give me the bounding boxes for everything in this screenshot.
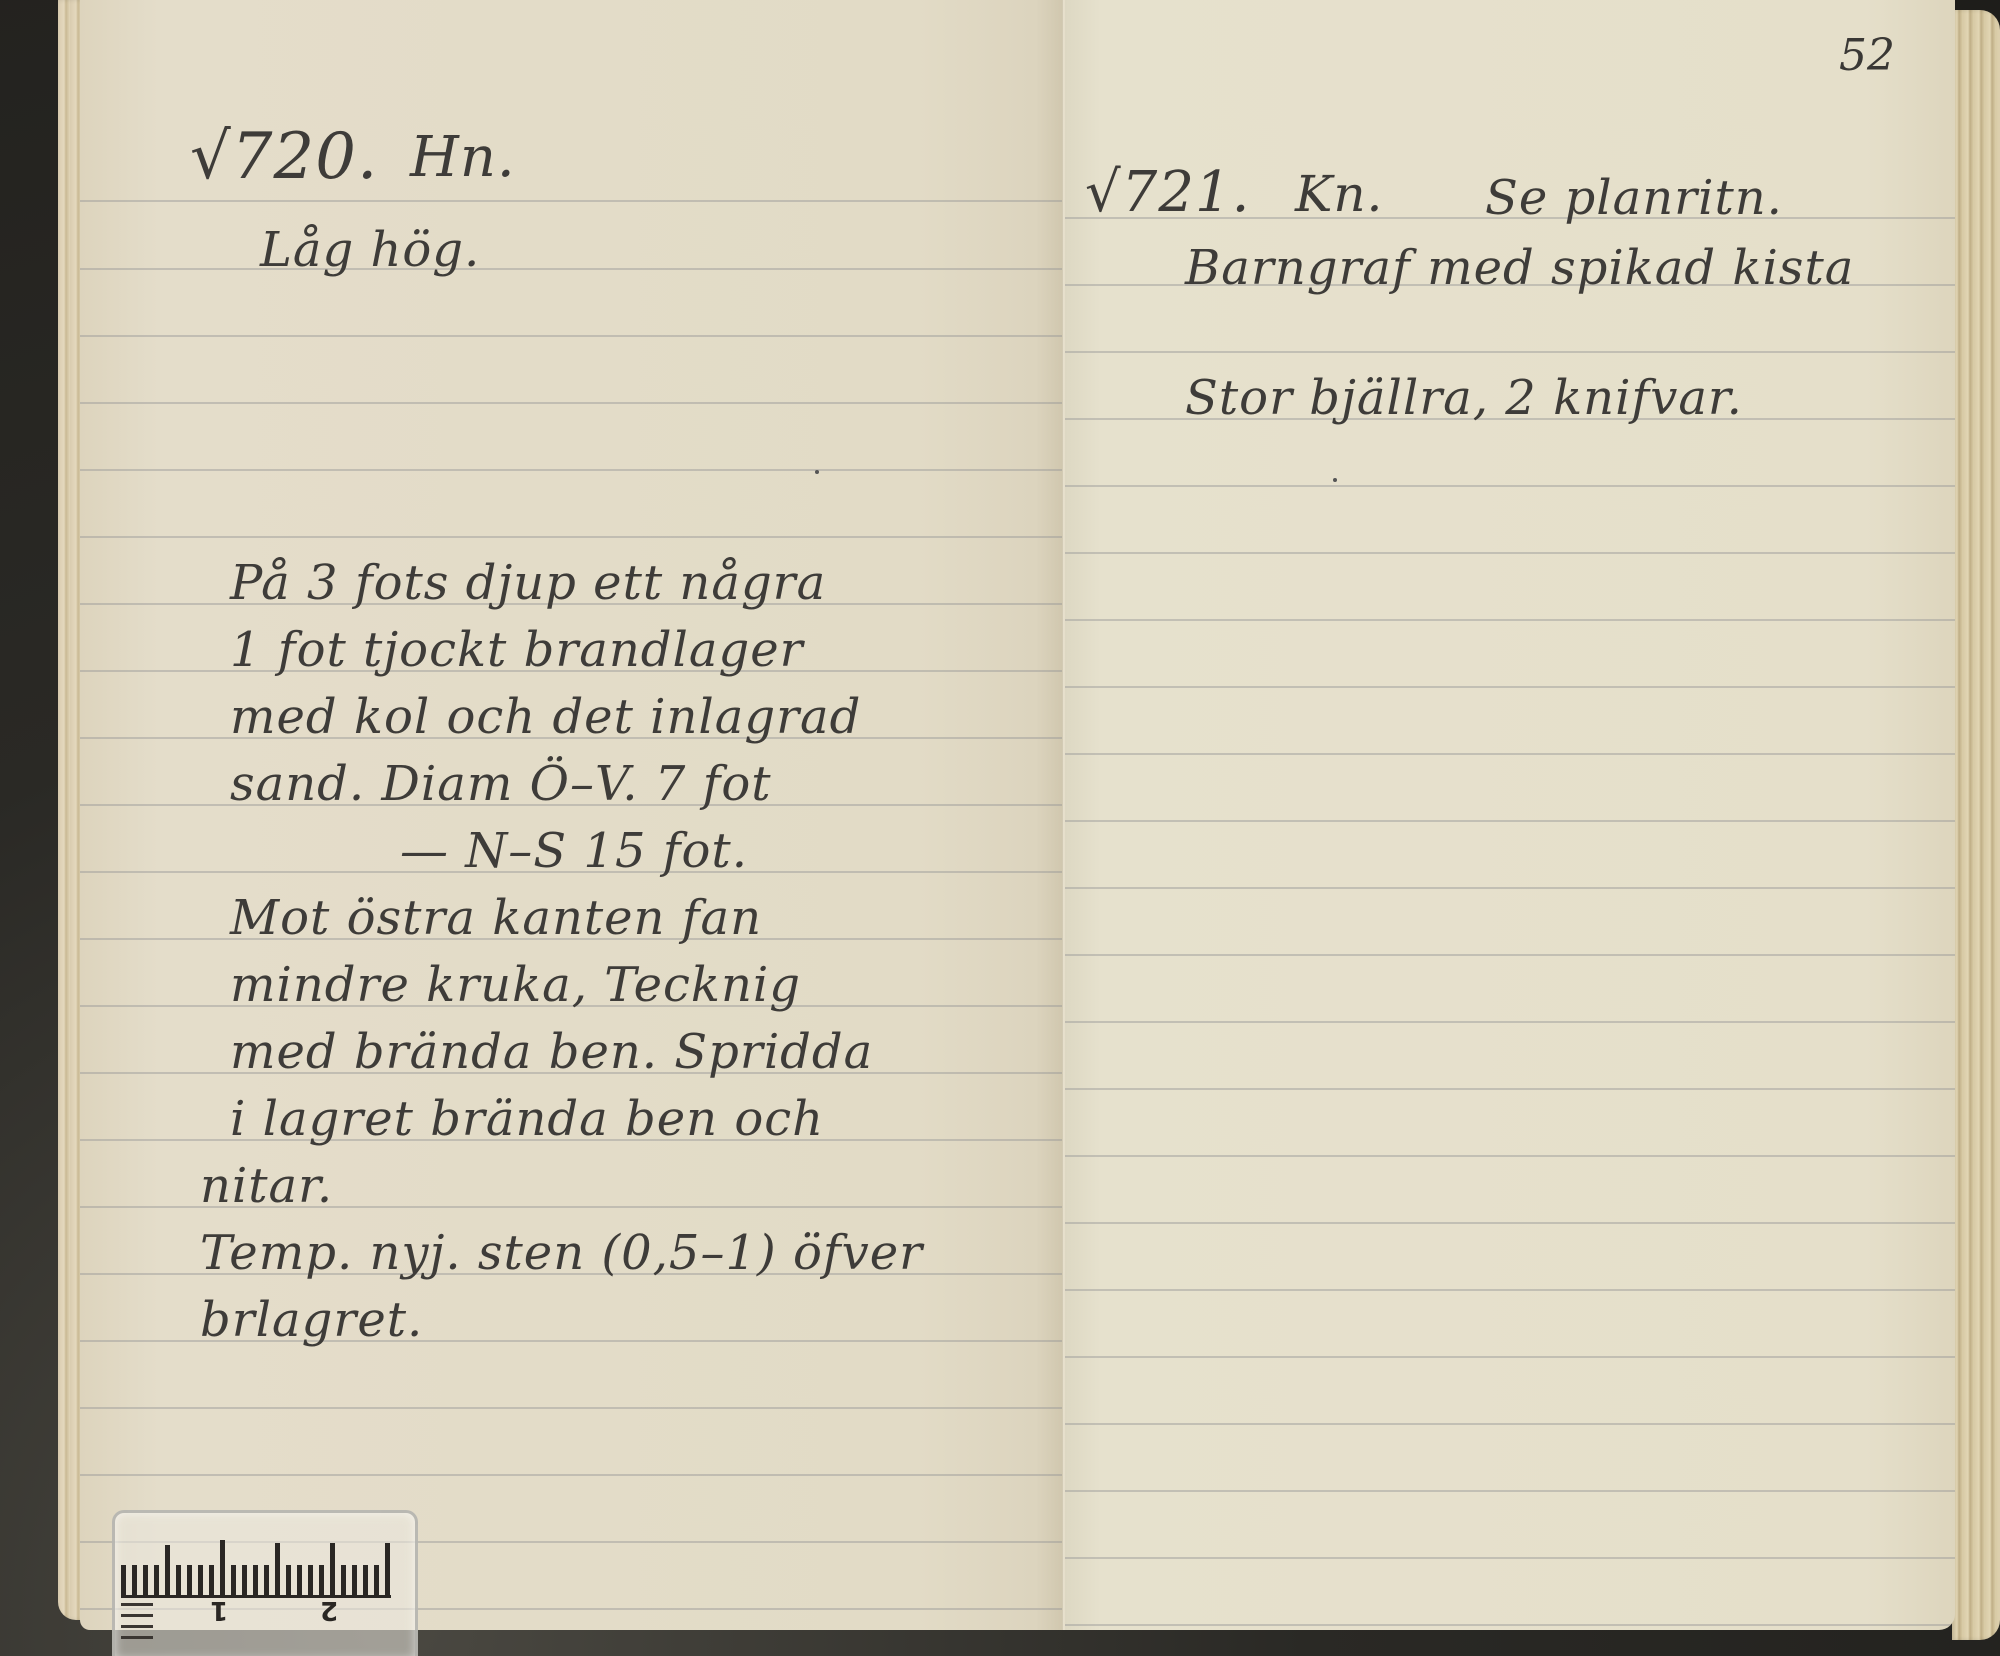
note-line: Temp. nyj. sten (0,5–1) öfver <box>200 1225 923 1281</box>
ruler-side-ticks <box>121 1603 153 1647</box>
note-line: med brända ben. Spridda <box>230 1024 873 1080</box>
right-page: 52 √721. Kn. Se planritn. Barngraf med s… <box>1065 0 1955 1630</box>
note-line: På 3 fots djup ett några <box>230 555 826 611</box>
entry-abbrev-right: Kn. <box>1295 165 1383 223</box>
note-line: Mot östra kanten fan <box>230 890 762 946</box>
entry-abbrev-left: Hn. <box>410 125 516 190</box>
note-line: Låg hög. <box>260 222 480 278</box>
note-line: brlagret. <box>200 1292 423 1348</box>
ruler-ticks <box>121 1533 391 1598</box>
note-line: i lagret brända ben och <box>230 1091 824 1147</box>
note-line: nitar. <box>200 1158 333 1214</box>
note-line: sand. Diam Ö–V. 7 fot <box>230 756 772 812</box>
note-line: mindre kruka, Tecknig <box>230 957 801 1013</box>
right-page-edges <box>1952 10 2000 1640</box>
entry-number-720: √720. <box>190 120 378 194</box>
ruler-label-2: 2 <box>320 1595 338 1625</box>
note-line: 1 fot tjockt brandlager <box>230 622 804 678</box>
ruler-label-1: 1 <box>210 1595 228 1625</box>
ruled-lines <box>80 0 1065 1630</box>
notebook-spread: √720. Hn. Låg hög. På 3 fots djup ett nå… <box>40 0 1990 1640</box>
note-line: Stor bjällra, 2 knifvar. <box>1185 370 1743 426</box>
left-page: √720. Hn. Låg hög. På 3 fots djup ett nå… <box>80 0 1065 1630</box>
note-line: — N–S 15 fot. <box>400 823 748 879</box>
note-line: Se planritn. <box>1485 170 1783 226</box>
note-line: Barngraf med spikad kista <box>1185 240 1854 296</box>
note-line: med kol och det inlagrad <box>230 689 861 745</box>
entry-number-721: √721. <box>1085 160 1250 225</box>
scale-ruler: 1 2 <box>112 1510 418 1656</box>
page-number: 52 <box>1839 30 1895 81</box>
